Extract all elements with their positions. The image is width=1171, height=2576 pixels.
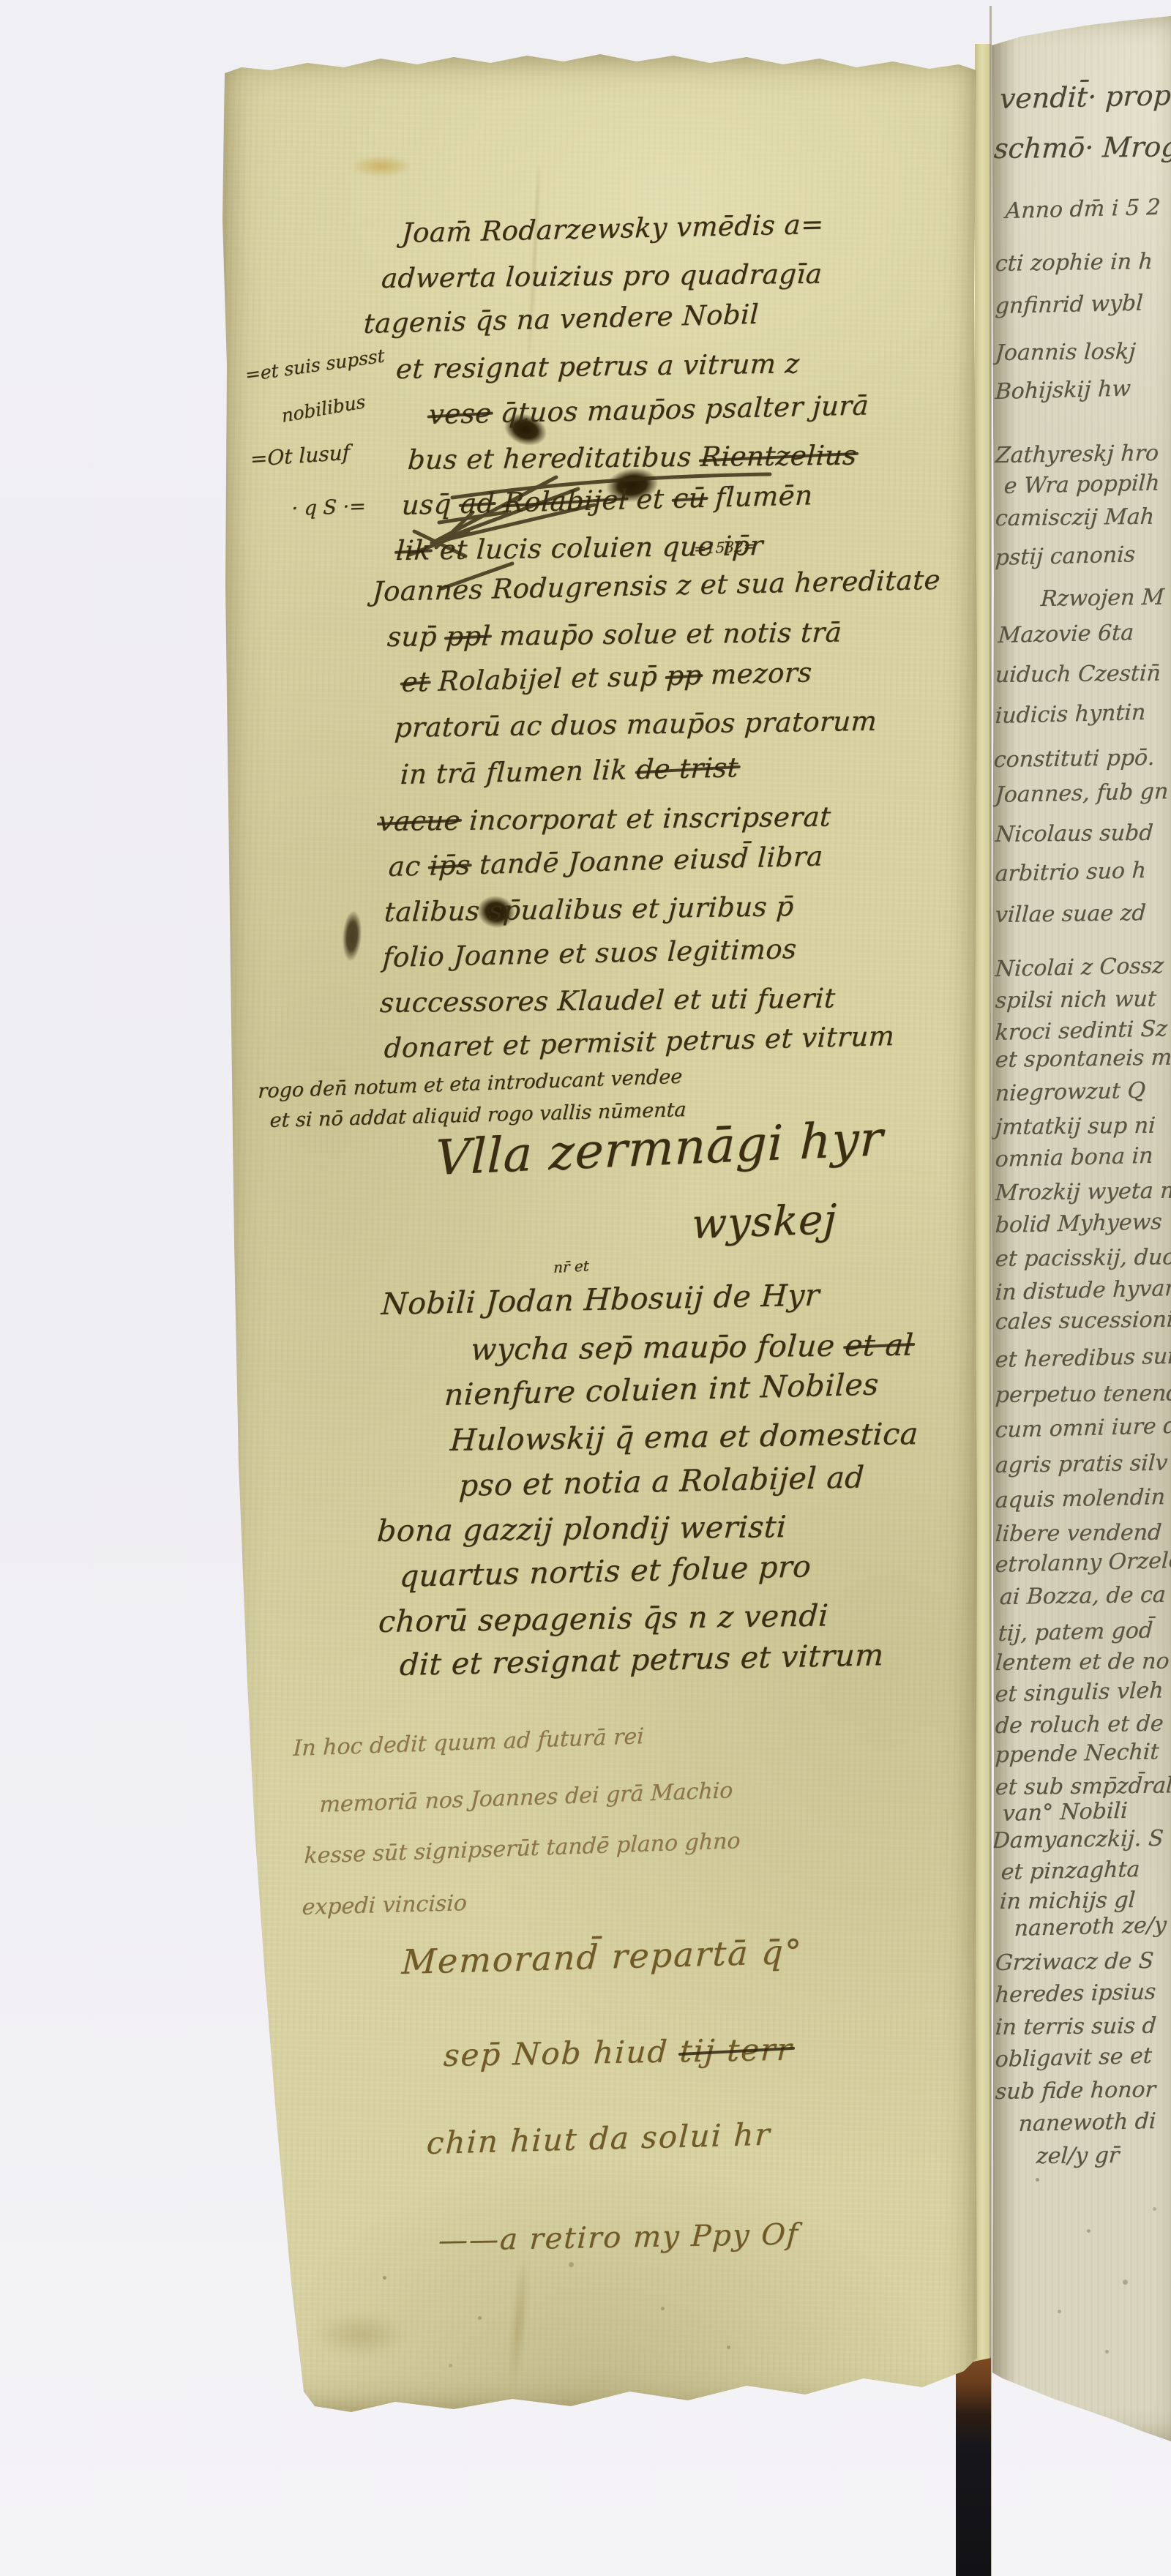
manuscript-line: adwerta louizius pro quadragīa [381,261,823,292]
manuscript-line: Joam̄ Rodarzewsky vmēdis a= [401,211,825,247]
manuscript-line: pratorū ac duos maup̄os pratorum [394,708,878,741]
manuscript-line: lik et lucis coluien que ip̄r [395,532,764,564]
manuscript-line: bona gazzij plondij weristi [376,1512,787,1546]
margin-note: · q S ·= [291,496,366,519]
memo-line: chin hiut da solui hr [426,2119,771,2159]
manuscript-line: talibus sp̄ualibus et juribus p̄ [384,893,795,926]
manuscript-line: chorū sepagenis q̄s n z vendi [378,1600,829,1637]
photo-background: { "document_kind": "handwritten manuscri… [0,0,1171,2576]
memo-line: Memorand̄ repartā q̄° [401,1935,804,1979]
manuscript-line: successores Klaudel et uti fuerit [379,984,837,1016]
entry-heading: wyskej [691,1199,838,1246]
manuscript-line: pso et notia a Rolabijel ad [458,1462,865,1501]
ink-layer: =et suis supsstnobilibus=Ot lusuf· q S ·… [0,0,1171,2576]
manuscript-line: Hulowskij q̄ ema et domestica [449,1419,919,1456]
memo-line: sep̄ Nob hiud tij terr [443,2034,793,2071]
manuscript-line: folio Joanne et suos legitimos [382,935,798,971]
manuscript-line: Nobili Jodan Hbosuij de Hyr [381,1280,820,1319]
manuscript-line: bus et hereditatibus Rientzelius [407,442,858,473]
manuscript-line: et resignat petrus a vitrum z [395,350,801,383]
memo-line: ——a retiro my Ppy Of [438,2220,800,2255]
manuscript-line: wycha sep̄ maup̄o folue et al [470,1330,914,1365]
manuscript-line: sup̄ ppl maup̄o solue et notis trā [386,618,842,651]
faded-note-line: expedi vincisio [302,1892,468,1919]
manuscript-line: in trā flumen lik de trist [400,754,739,788]
manuscript-line: vacue incorporat et inscripserat [378,803,832,835]
heading-sub-note: nr̄ et [553,1258,589,1275]
